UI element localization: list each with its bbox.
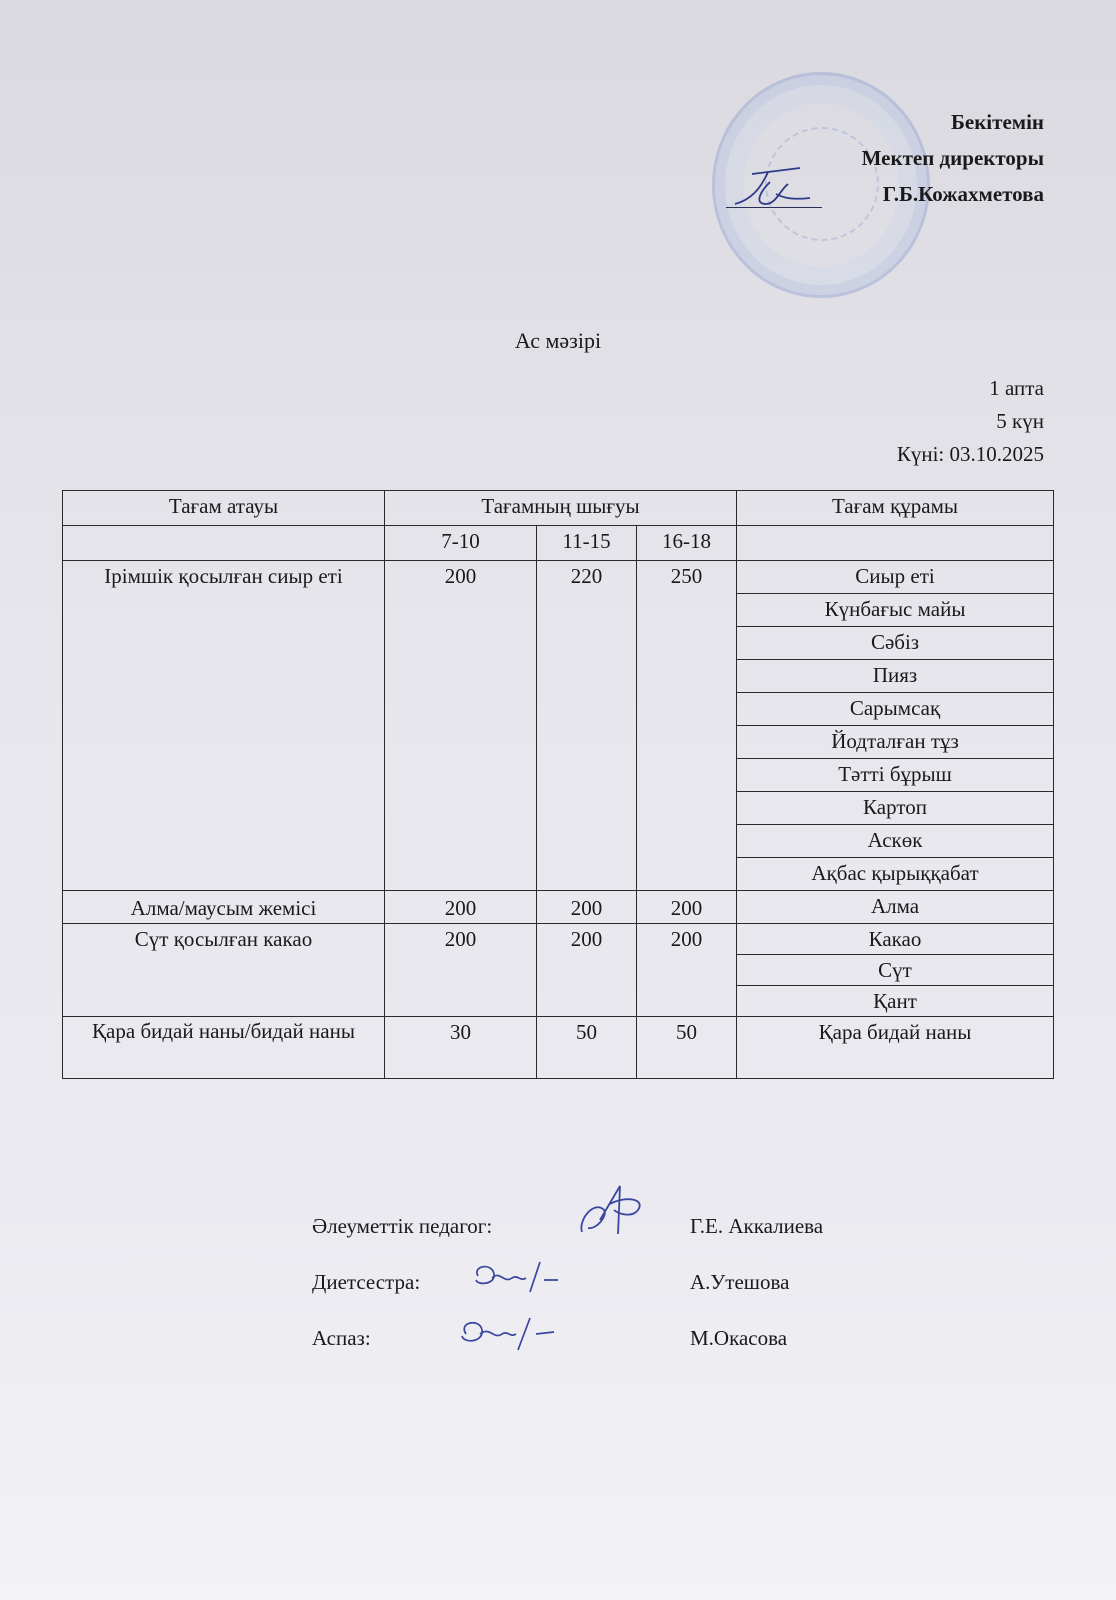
table-row: Сүт қосылған какао 200 200 200 Какао — [63, 924, 1054, 955]
menu-meta: 1 апта 5 күн Күні: 03.10.2025 — [897, 372, 1044, 471]
table-row: Ірімшік қосылған сиыр еті 200 220 250 Си… — [63, 561, 1054, 594]
ingredient: Йодталған тұз — [737, 726, 1054, 759]
signature-scribble-icon — [574, 1180, 654, 1240]
signature-role: Әлеуметтік педагог: — [312, 1214, 492, 1239]
ingredient: Қара бидай наны — [737, 1017, 1054, 1079]
signature-name: М.Окасова — [690, 1326, 787, 1351]
portion-16-18: 200 — [637, 891, 737, 924]
table-age-row: 7-10 11-15 16-18 — [63, 526, 1054, 561]
age-row-blank — [63, 526, 385, 561]
portion-11-15: 200 — [537, 924, 637, 1017]
week-label: 1 апта — [897, 372, 1044, 405]
signature-role: Аспаз: — [312, 1326, 371, 1351]
signature-name: А.Утешова — [690, 1270, 789, 1295]
ingredient: Сиыр еті — [737, 561, 1054, 594]
signature-scribble-icon — [468, 1256, 568, 1296]
date-label: Күні: 03.10.2025 — [897, 438, 1044, 471]
header-dish-name: Тағам атауы — [63, 491, 385, 526]
portion-11-15: 50 — [537, 1017, 637, 1079]
portion-11-15: 220 — [537, 561, 637, 891]
ingredient: Ақбас қырыққабат — [737, 858, 1054, 891]
document-page: Бекітемін Мектеп директоры Г.Б.Кожахмето… — [0, 0, 1116, 1600]
director-signature-line — [726, 207, 822, 208]
ingredient: Картоп — [737, 792, 1054, 825]
approval-heading: Бекітемін — [862, 104, 1044, 140]
table-header-row: Тағам атауы Тағамның шығуы Тағам құрамы — [63, 491, 1054, 526]
day-label: 5 күн — [897, 405, 1044, 438]
dish-name: Қара бидай наны/бидай наны — [63, 1017, 385, 1079]
dish-name: Алма/маусым жемісі — [63, 891, 385, 924]
signature-scribble-icon — [454, 1310, 564, 1354]
age-group-16-18: 16-18 — [637, 526, 737, 561]
portion-7-10: 30 — [385, 1017, 537, 1079]
header-output: Тағамның шығуы — [385, 491, 737, 526]
menu-table: Тағам атауы Тағамның шығуы Тағам құрамы … — [62, 490, 1054, 1079]
ingredient: Какао — [737, 924, 1054, 955]
signature-role: Диетсестра: — [312, 1270, 420, 1295]
signature-name: Г.Е. Аккалиева — [690, 1214, 823, 1239]
dish-name: Сүт қосылған какао — [63, 924, 385, 1017]
portion-16-18: 50 — [637, 1017, 737, 1079]
table-row: Алма/маусым жемісі 200 200 200 Алма — [63, 891, 1054, 924]
ingredient: Сәбіз — [737, 627, 1054, 660]
ingredient: Күнбағыс майы — [737, 594, 1054, 627]
approval-director-name: Г.Б.Кожахметова — [862, 176, 1044, 212]
portion-7-10: 200 — [385, 891, 537, 924]
age-row-blank-composition — [737, 526, 1054, 561]
ingredient: Пияз — [737, 660, 1054, 693]
approval-position: Мектеп директоры — [862, 140, 1044, 176]
portion-7-10: 200 — [385, 924, 537, 1017]
age-group-7-10: 7-10 — [385, 526, 537, 561]
ingredient: Аскөк — [737, 825, 1054, 858]
header-composition: Тағам құрамы — [737, 491, 1054, 526]
ingredient: Тәтті бұрыш — [737, 759, 1054, 792]
table-row: Қара бидай наны/бидай наны 30 50 50 Қара… — [63, 1017, 1054, 1079]
document-title: Ас мәзірі — [0, 328, 1116, 354]
ingredient: Сүт — [737, 955, 1054, 986]
approval-block: Бекітемін Мектеп директоры Г.Б.Кожахмето… — [862, 104, 1044, 212]
portion-16-18: 200 — [637, 924, 737, 1017]
ingredient: Алма — [737, 891, 1054, 924]
dish-name: Ірімшік қосылған сиыр еті — [63, 561, 385, 891]
age-group-11-15: 11-15 — [537, 526, 637, 561]
ingredient: Қант — [737, 986, 1054, 1017]
portion-11-15: 200 — [537, 891, 637, 924]
portion-7-10: 200 — [385, 561, 537, 891]
portion-16-18: 250 — [637, 561, 737, 891]
ingredient: Сарымсақ — [737, 693, 1054, 726]
director-signature-icon — [730, 160, 820, 210]
